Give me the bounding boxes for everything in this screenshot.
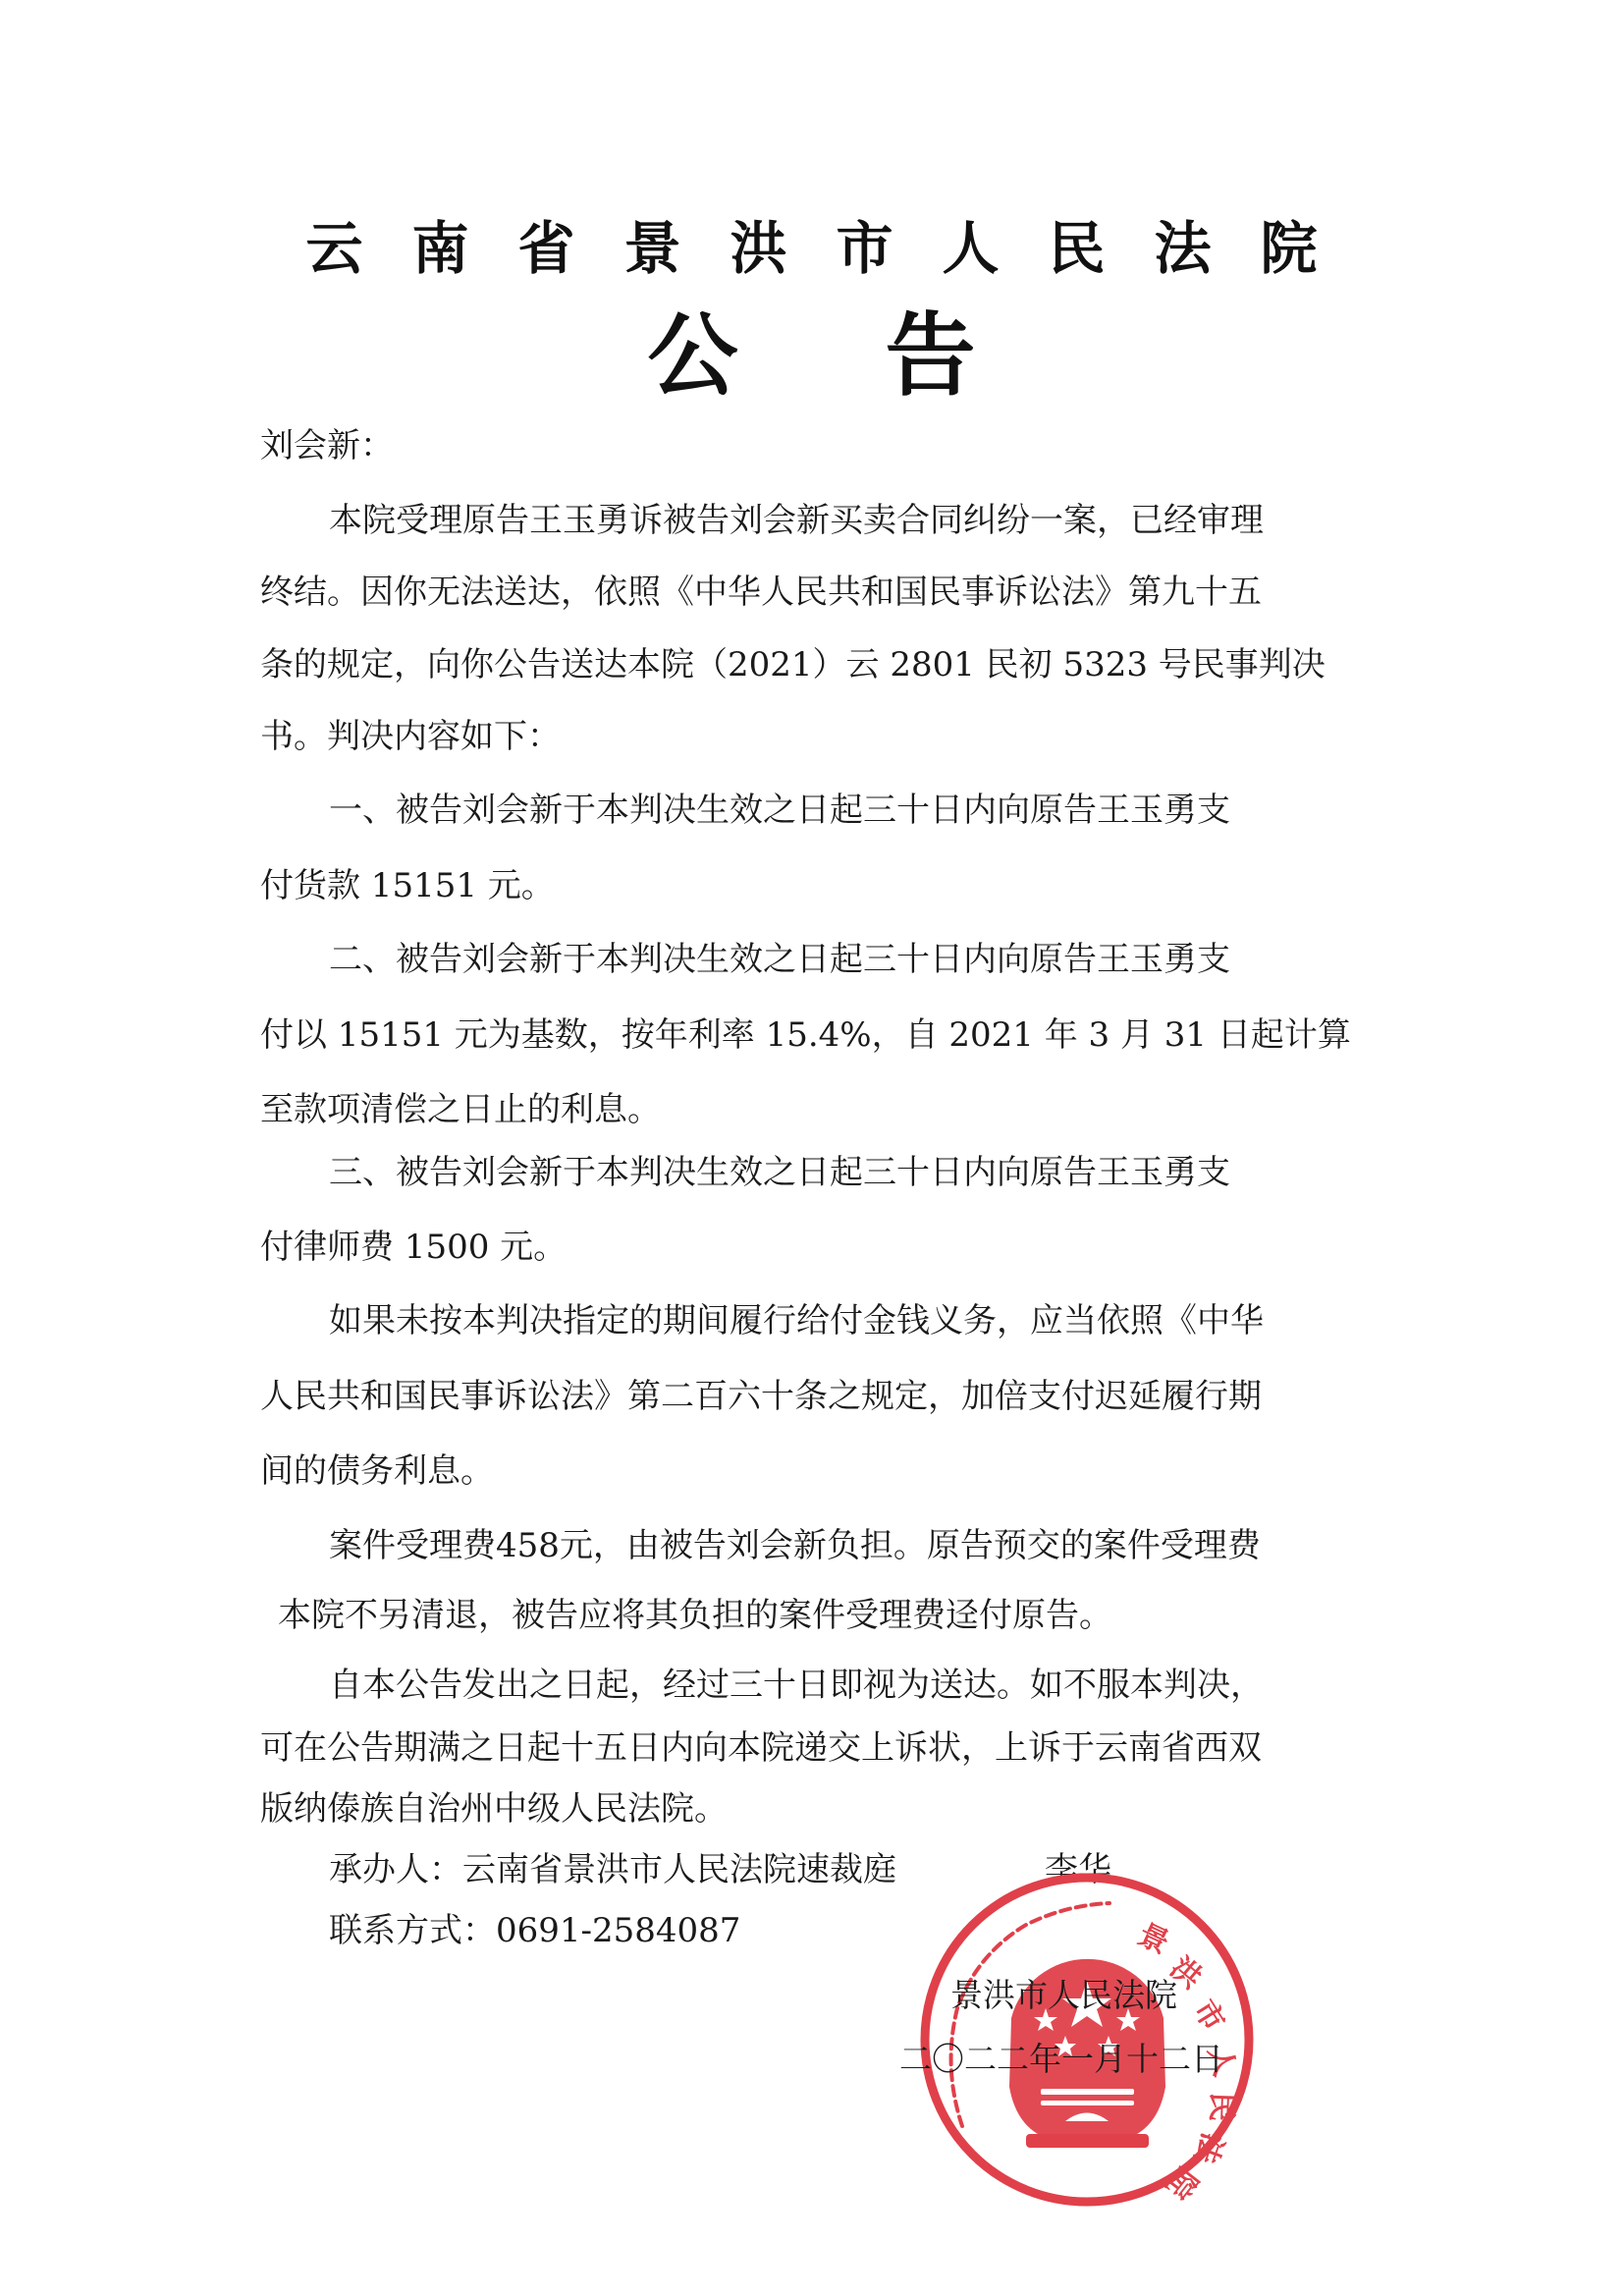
- intro-line: 书。判决内容如下：: [260, 715, 561, 758]
- late-payment-line: 人民共和国民事诉讼法》第二百六十条之规定，加倍支付迟延履行期: [260, 1375, 1262, 1418]
- judgment-item-2-line: 付以 15151 元为基数，按年利率 15.4%，自 2021 年 3 月 31…: [260, 1013, 1351, 1057]
- svg-text:景: 景: [1133, 1918, 1174, 1961]
- addressee: 刘会新：: [260, 424, 394, 467]
- service-line: 自本公告发出之日起，经过三十日即视为送达。如不服本判决，: [329, 1664, 1264, 1707]
- judgment-item-3-line: 三、被告刘会新于本判决生效之日起三十日内向原告王玉勇支: [329, 1151, 1230, 1194]
- judgment-item-1-line: 一、被告刘会新于本判决生效之日起三十日内向原告王玉勇支: [329, 789, 1230, 832]
- judgment-item-2-line: 至款项清偿之日止的利息。: [260, 1088, 661, 1131]
- fee-line: 本院不另清退，被告应将其负担的案件受理费迳付原告。: [278, 1594, 1112, 1637]
- fee-line: 案件受理费458元，由被告刘会新负担。原告预交的案件受理费: [329, 1524, 1261, 1567]
- service-line: 版纳傣族自治州中级人民法院。: [260, 1787, 728, 1831]
- intro-line: 条的规定，向你公告送达本院（2021）云 2801 民初 5323 号民事判决: [260, 643, 1325, 686]
- judgment-item-1-line: 付货款 15151 元。: [260, 864, 555, 907]
- issue-date: 二〇二二年一月十二日: [899, 2038, 1223, 2081]
- judgment-item-3-line: 付律师费 1500 元。: [260, 1226, 567, 1269]
- service-line: 可在公告期满之日起十五日内向本院递交上诉状，上诉于云南省西双: [260, 1726, 1262, 1770]
- notice-title: 公告: [0, 302, 1623, 410]
- svg-text:院: 院: [1159, 2160, 1204, 2205]
- svg-text:市: 市: [1186, 1995, 1231, 2038]
- court-name-heading: 云南省景洪市人民法院: [0, 214, 1623, 283]
- contact-phone: 联系方式：0691-2584087: [329, 1909, 740, 1952]
- handler-label: 承办人：云南省景洪市人民法院速裁庭: [329, 1848, 896, 1891]
- late-payment-line: 间的债务利息。: [260, 1449, 494, 1493]
- intro-line: 终结。因你无法送达，依照《中华人民共和国民事诉讼法》第九十五: [260, 571, 1262, 614]
- intro-line: 本院受理原告王玉勇诉被告刘会新买卖合同纠纷一案，已经审理: [329, 499, 1264, 542]
- late-payment-line: 如果未按本判决指定的期间履行给付金钱义务，应当依照《中华: [329, 1299, 1264, 1342]
- court-notice-page: 云南省景洪市人民法院 公告 刘会新： 本院受理原告王玉勇诉被告刘会新买卖合同纠纷…: [0, 0, 1623, 2296]
- issuer-name: 景洪市人民法院: [950, 1974, 1177, 2017]
- judgment-item-2-line: 二、被告刘会新于本判决生效之日起三十日内向原告王玉勇支: [329, 938, 1230, 981]
- svg-text:民: 民: [1204, 2092, 1239, 2122]
